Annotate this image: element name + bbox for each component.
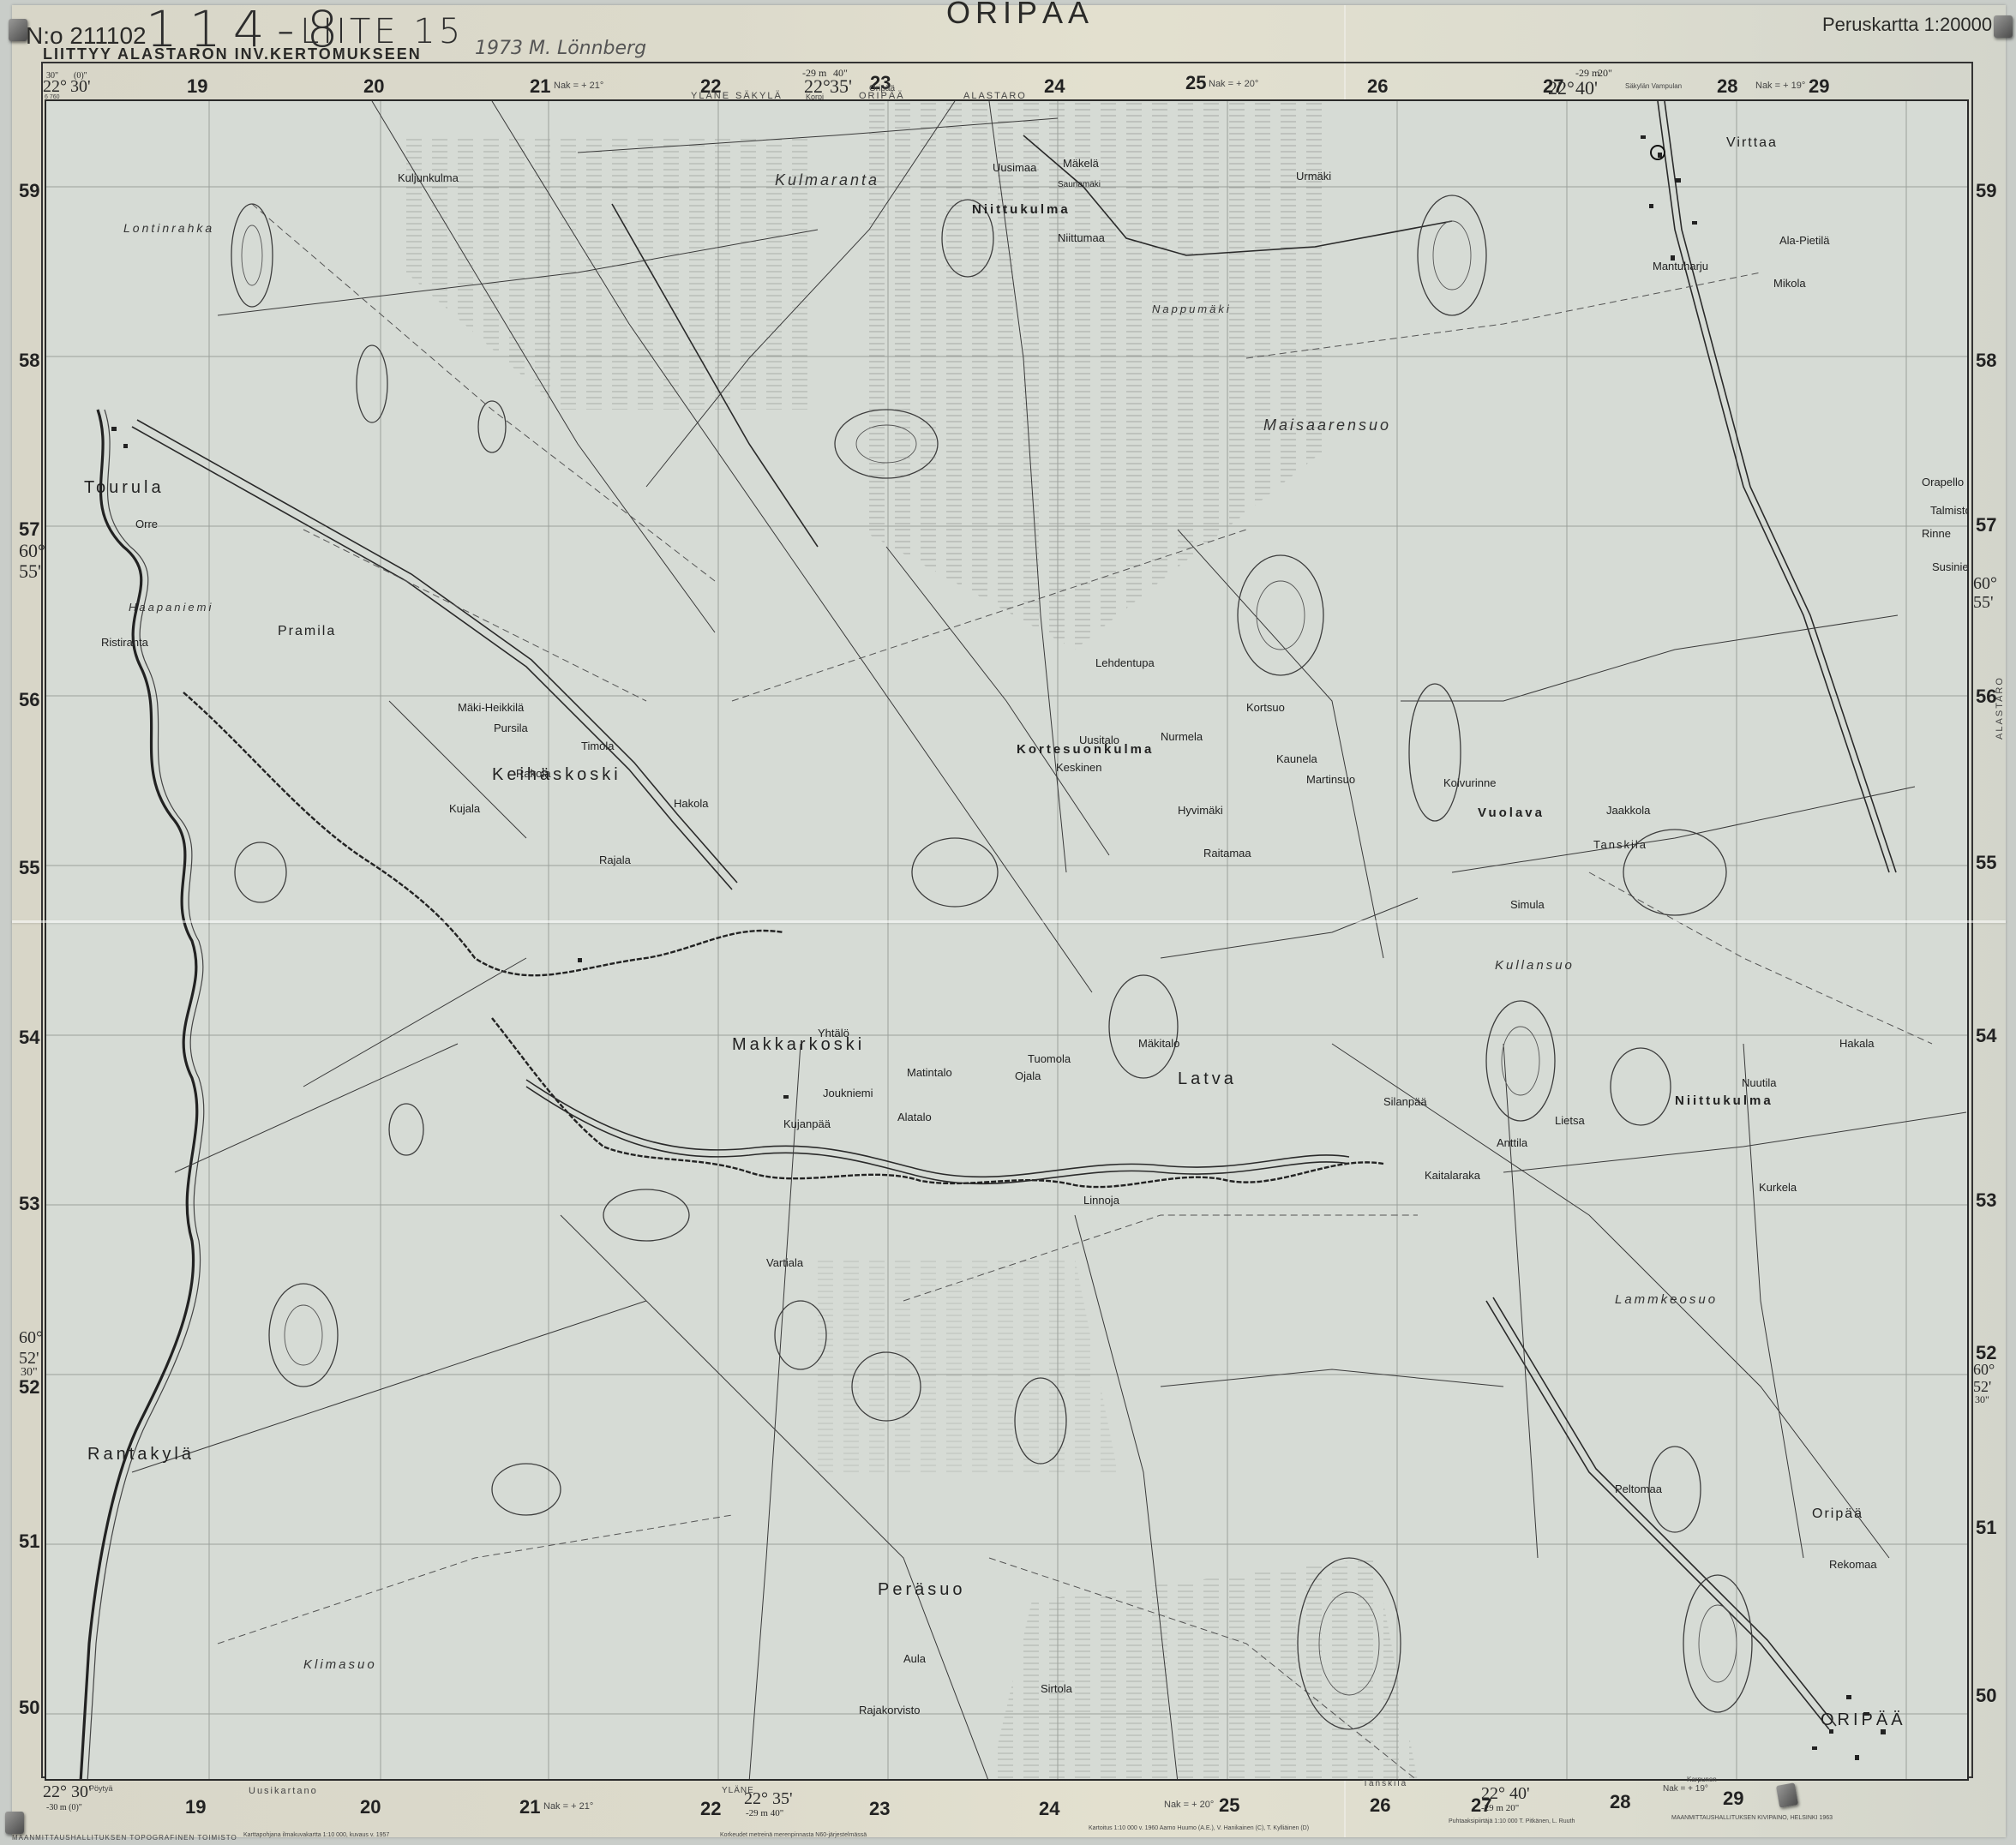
mid-lon-2-deg: 22° [1548,77,1575,99]
credit-office: MAANMITTAUSHALLITUKSEN TOPOGRAFINEN TOIM… [12,1834,237,1842]
handwritten-note: 1973 M. Lönnberg [475,38,646,59]
label-virttaa: Virttaa [1726,135,1778,151]
label-pramila: Pramila [278,624,336,639]
label-keihaskoski: Keihäskoski [492,765,621,785]
easting-25: 25 [1185,72,1206,94]
easting-29: 29 [1809,75,1829,98]
label-latva: Latva [1178,1069,1237,1089]
northing-57: 57 [19,518,39,541]
declination-19: Nak = + 19° [1755,81,1805,91]
map-linework [46,101,1969,1781]
northing-51: 51 [19,1531,39,1553]
northing-55: 55 [19,857,39,879]
magnet-bottom-left [5,1812,24,1834]
credit-drafting: Puhtaaksipiirtäjä 1:10 000 T. Pitkänen, … [1449,1818,1575,1824]
subtitle: LIITTYY ALASTARON INV.KERTOMUKSEEN [43,45,422,63]
mid-lon-2-min: 40' [1575,77,1598,99]
label-perasuo: Peräsuo [878,1580,966,1600]
northing-53: 53 [19,1193,39,1215]
credit-printer: MAANMITTAUSHALLITUKSEN KIVIPAINO, HELSIN… [1671,1815,1833,1821]
lat-1-min: 55' [19,560,41,583]
credit-base-map: Karttapohjana ilmakuvakartta 1:10 000, k… [243,1832,389,1838]
northing-56: 56 [19,689,39,711]
corner-lon-min: 30' [70,77,91,97]
magnet-bottom-right [1776,1782,1798,1807]
lat-2-deg: 60° [19,1328,43,1348]
credit-heights: Korkeudet metreinä merenpinnasta N60-jär… [720,1832,867,1838]
lat-1-deg: 60° [19,540,45,562]
label-tourula: Tourula [84,478,165,498]
easting-21: 21 [530,75,550,98]
easting-28: 28 [1717,75,1737,98]
label-oripaa-village: ORIPÄÄ [1821,1710,1906,1730]
easting-24: 24 [1044,75,1065,98]
northing-50: 50 [19,1697,39,1719]
declination-21: Nak = + 21° [554,81,603,91]
credit-survey: Kartoitus 1:10 000 v. 1960 Aarno Huumo (… [1089,1825,1309,1831]
magnet-top-left [9,19,27,41]
northing-52: 52 [19,1376,39,1399]
bottom-corner-lon: 22° 30' [43,1782,92,1802]
label-niittukulma-east: Niittukulma [1675,1093,1773,1108]
northing-58: 58 [19,350,39,372]
map-body[interactable]: Tourula Keihäskoski Makkarkoski Latva Ni… [45,99,1969,1781]
label-rantakyla: Rantakylä [87,1445,195,1465]
label-maisaarensuo: Maisaarensuo [1263,416,1391,434]
magnet-top-right [1994,15,2013,38]
northing-59: 59 [19,180,39,202]
northing-54: 54 [19,1027,39,1049]
map-title: ORIPÄÄ [946,0,1094,31]
map-series: Peruskartta 1:20000 [1822,14,1992,36]
easting-20: 20 [363,75,384,98]
mid-lon-1-min: 35' [830,75,852,98]
label-vuolava: Vuolava [1478,806,1545,820]
declination-20: Nak = + 20° [1209,79,1258,89]
easting-19: 19 [187,75,207,98]
fold-line-horizontal [12,920,2006,923]
easting-26: 26 [1367,75,1388,98]
label-niittukulma-north: Niittukulma [972,202,1071,217]
